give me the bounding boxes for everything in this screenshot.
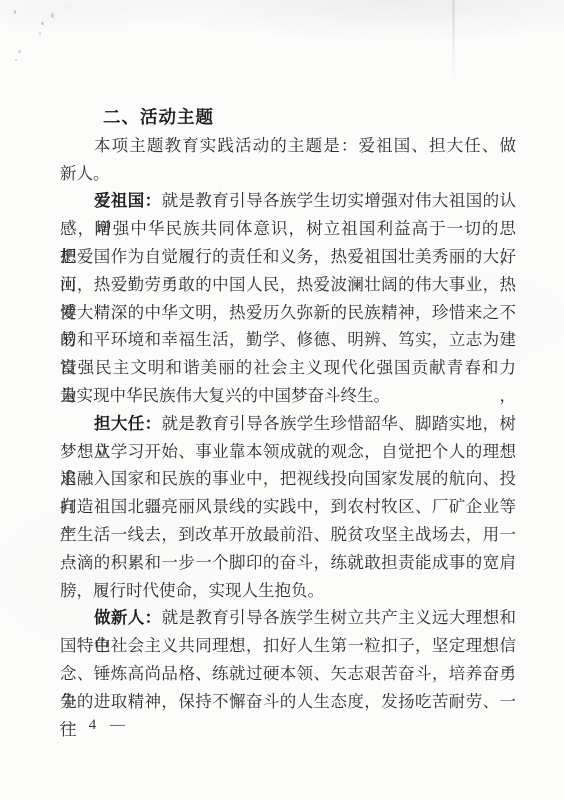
text-line: 念、锤炼高尚品格、练就过硬本领、矢志艰苦奋斗，培养奋勇争 bbox=[60, 660, 516, 688]
text-line: 的和平环境和幸福生活，勤学、修德、明辨、笃实，立志为建设 bbox=[60, 326, 516, 354]
scan-speck bbox=[14, 10, 16, 14]
scanned-page: 二、活动主题本项主题教育实践活动的主题是：爱祖国、担大任、做新人。爱祖国：就是教… bbox=[0, 0, 564, 800]
scan-speck bbox=[39, 32, 41, 35]
document-body: 二、活动主题本项主题教育实践活动的主题是：爱祖国、担大任、做新人。爱祖国：就是教… bbox=[60, 104, 516, 716]
text-line: 做新人：就是教育引导各族学生树立共产主义远大理想和中 bbox=[60, 604, 516, 632]
line-text: 国特色社会主义共同理想，扣好人生第一粒扣子，坚定理想信 bbox=[60, 636, 516, 655]
line-text: 一滴的积累和一步一个脚印的奋斗，练就敢担责能成事的宽肩 bbox=[60, 553, 516, 572]
text-line: 富强民主文明和谐美丽的社会主义现代化强国贡献青春和力量， bbox=[60, 354, 516, 382]
text-line: 本项主题教育实践活动的主题是：爱祖国、担大任、做 bbox=[60, 132, 516, 160]
paragraph-lead: 爱祖国： bbox=[94, 191, 162, 210]
scan-speck bbox=[41, 22, 44, 25]
scan-speck bbox=[15, 59, 17, 61]
page-number: — 4 — bbox=[60, 713, 130, 737]
text-line: 新人。 bbox=[60, 160, 516, 188]
line-text: 新人。 bbox=[60, 164, 110, 183]
text-line: 把爱国作为自觉履行的责任和义务，热爱祖国壮美秀丽的大好河 bbox=[60, 243, 516, 271]
text-line: 先的进取精神，保持不懈奋斗的人生态度，发扬吃苦耐劳、一往 bbox=[60, 688, 516, 716]
scan-speck bbox=[51, 13, 54, 18]
text-line: 求融入国家和民族的事业中，把视线投向国家发展的航向、投向 bbox=[60, 465, 516, 493]
text-line: 国特色社会主义共同理想，扣好人生第一粒扣子，坚定理想信 bbox=[60, 632, 516, 660]
line-text: 为实现中华民族伟大复兴的中国梦奋斗终生。 bbox=[60, 386, 390, 405]
text-line: 担大任：就是教育引导各族学生珍惜韶华、脚踏实地，树立 bbox=[60, 410, 516, 438]
text-line: 山，热爱勤劳勇敢的中国人民，热爱波澜壮阔的伟大事业，热爱 bbox=[60, 271, 516, 299]
text-line: 产生活一线去，到改革开放最前沿、脱贫攻坚主战场去，用一点 bbox=[60, 521, 516, 549]
section-heading: 二、活动主题 bbox=[60, 104, 516, 132]
text-line: 感，增强中华民族共同体意识，树立祖国利益高于一切的思想， bbox=[60, 215, 516, 243]
paragraph-lead: 担大任： bbox=[94, 414, 162, 433]
line-text: 膀，履行时代使命，实现人生抱负。 bbox=[60, 581, 324, 600]
line-text: 二、活动主题 bbox=[103, 107, 214, 127]
text-line: 爱祖国：就是教育引导各族学生切实增强对伟大祖国的认同 bbox=[60, 187, 516, 215]
text-line: 博大精深的中华文明，热爱历久弥新的民族精神，珍惜来之不易 bbox=[60, 299, 516, 327]
text-line: 打造祖国北疆亮丽风景线的实践中，到农村牧区、厂矿企业等生 bbox=[60, 493, 516, 521]
text-line: 膀，履行时代使命，实现人生抱负。 bbox=[60, 577, 516, 605]
line-text: 本项主题教育实践活动的主题是：爱祖国、担大任、做 bbox=[94, 136, 516, 155]
scan-speck bbox=[18, 50, 21, 53]
text-line: 梦想从学习开始、事业靠本领成就的观念，自觉把个人的理想追 bbox=[60, 438, 516, 466]
text-line: 一滴的积累和一步一个脚印的奋斗，练就敢担责能成事的宽肩 bbox=[60, 549, 516, 577]
scan-streak bbox=[452, 0, 455, 85]
paragraph-lead: 做新人： bbox=[94, 608, 162, 627]
